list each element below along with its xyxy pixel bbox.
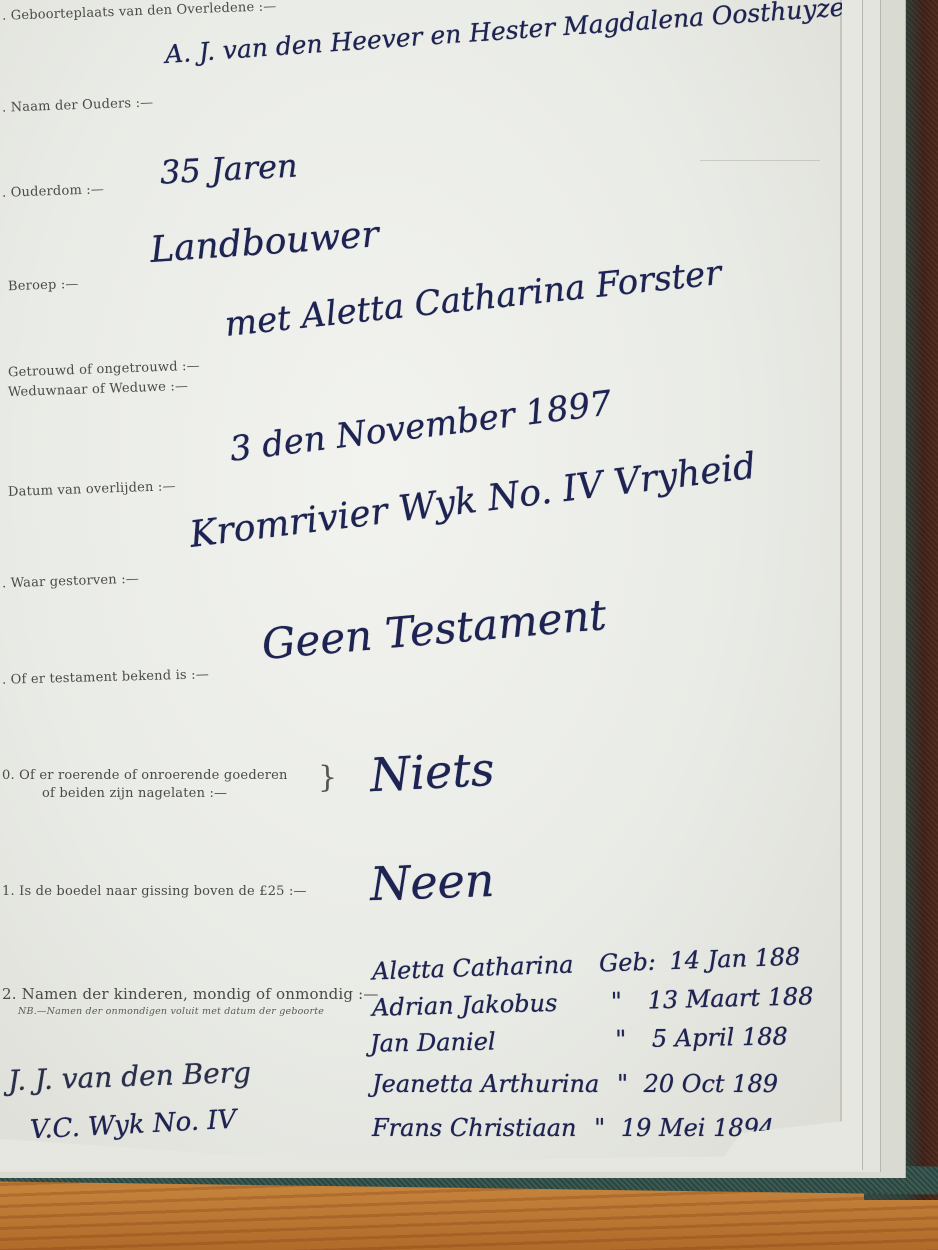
document-page: . Geboorteplaats van den Overledene :— .…: [0, 0, 842, 1168]
child-row: Jeanetta Arthurina " 20 Oct 189: [372, 1070, 778, 1098]
field-value-testament: Geen Testament: [260, 590, 608, 669]
field-label-place-of-death: . Waar gestorven :—: [2, 572, 139, 592]
child-date: 5 April 188: [652, 1022, 788, 1052]
child-row: Adrian Jakobus " 13 Maart 188: [372, 982, 814, 1022]
child-name: Adrian Jakobus: [372, 989, 558, 1022]
field-note-children: NB.—Namen der onmondigen voluit met datu…: [18, 1006, 324, 1017]
child-mark: ": [594, 1114, 605, 1142]
child-row: Jan Daniel " 5 April 188: [370, 1022, 788, 1057]
child-name: Frans Christiaan: [372, 1114, 577, 1142]
child-name: Jan Daniel: [370, 1027, 496, 1057]
field-label-birthplace: . Geboorteplaats van den Overledene :—: [2, 0, 277, 24]
child-date: 14 Jan 188: [669, 943, 801, 976]
field-value-age: 35 Jaren: [159, 146, 298, 191]
field-label-age: . Ouderdom :—: [2, 182, 105, 201]
field-label-testament: . Of er testament bekend is :—: [2, 667, 209, 687]
child-date: 20 Oct 189: [644, 1070, 778, 1098]
child-name: Jeanetta Arthurina: [372, 1070, 599, 1098]
field-label-goods-2: of beiden zijn nagelaten :—: [42, 786, 227, 801]
field-value-date-of-death: 3 den November 1897: [228, 383, 614, 470]
child-date: 13 Maart 188: [647, 982, 814, 1014]
child-row: Aletta Catharina Geb: 14 Jan 188: [372, 943, 801, 986]
field-value-estate: Neen: [369, 853, 495, 911]
field-value-occupation: Landbouwer: [149, 214, 380, 271]
field-label-occupation: Beroep :—: [8, 277, 79, 294]
page-crease: [700, 160, 820, 161]
field-label-married: Getrouwd of ongetrouwd :—: [8, 359, 200, 381]
field-value-married: met Aletta Catharina Forster: [223, 253, 723, 345]
field-value-goods: Niets: [369, 742, 496, 802]
field-label-widowed: Weduwnaar of Weduwe :—: [8, 379, 189, 400]
child-mark: ": [617, 1070, 628, 1098]
child-row: Frans Christiaan " 19 Mei 1894: [372, 1114, 774, 1142]
field-label-date-of-death: Datum van overlijden :—: [8, 479, 176, 500]
signature-title: V.C. Wyk No. IV: [29, 1105, 237, 1146]
field-label-children: 2. Namen der kinderen, mondig of onmondi…: [2, 985, 379, 1003]
field-label-goods: 0. Of er roerende of onroerende goederen: [2, 768, 288, 783]
signature-name: J. J. van den Berg: [7, 1056, 251, 1097]
field-label-parents: . Naam der Ouders :—: [2, 95, 154, 115]
child-mark: Geb:: [599, 948, 657, 978]
brace-mark: }: [318, 760, 337, 795]
child-mark: ": [615, 1025, 627, 1053]
field-label-estate: 1. Is de boedel naar gissing boven de £2…: [2, 884, 307, 899]
child-name: Aletta Catharina: [372, 950, 574, 985]
child-mark: ": [611, 987, 623, 1015]
